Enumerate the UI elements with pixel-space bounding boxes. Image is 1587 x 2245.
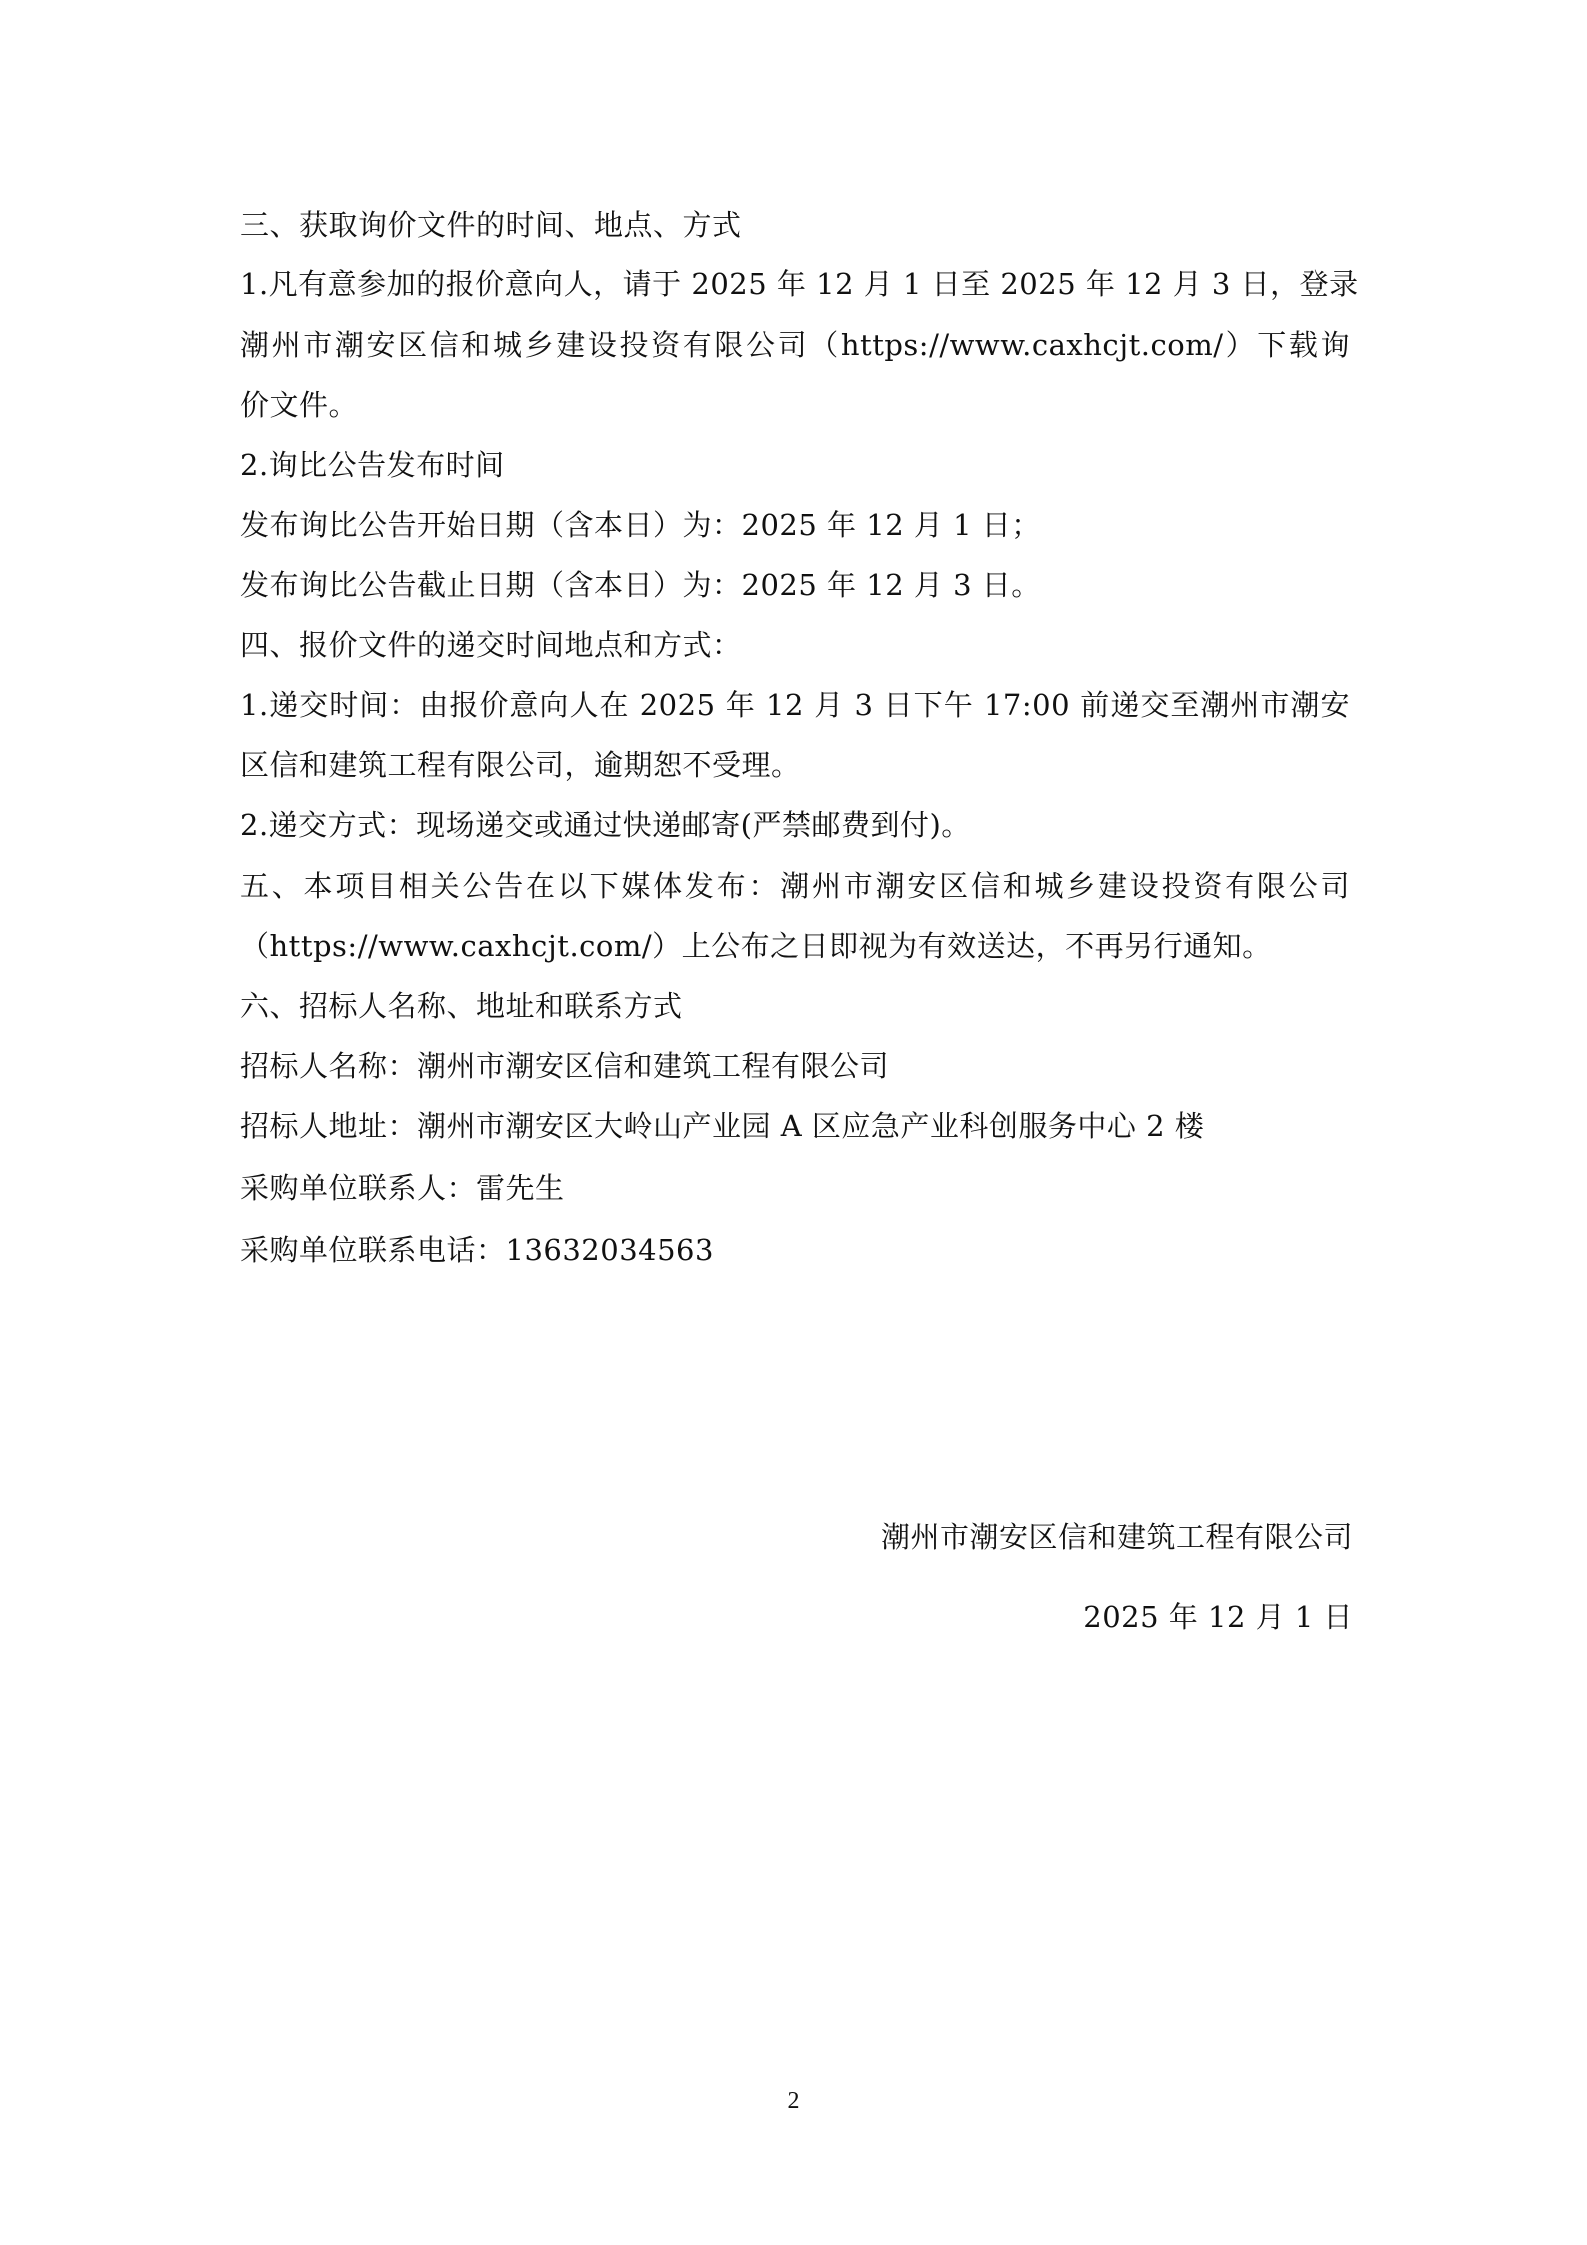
section-6-heading: 六、招标人名称、地址和联系方式 (240, 986, 683, 1026)
tenderer-address: 招标人地址：潮州市潮安区大岭山产业园 A 区应急产业科创服务中心 2 楼 (240, 1106, 1204, 1146)
page-number: 2 (0, 2088, 1587, 2115)
document-page: 三、获取询价文件的时间、地点、方式 1.凡有意参加的报价意向人，请于 2025 … (0, 0, 1587, 2245)
contact-phone: 采购单位联系电话：13632034563 (240, 1230, 714, 1270)
subheading-publish-time: 2.询比公告发布时间 (240, 445, 505, 485)
paragraph-line: 1.凡有意参加的报价意向人，请于 2025 年 12 月 1 日至 2025 年… (240, 264, 1350, 304)
paragraph-line: 价文件。 (240, 385, 358, 425)
publish-start-date: 发布询比公告开始日期（含本日）为：2025 年 12 月 1 日； (240, 505, 1041, 545)
submission-method: 2.递交方式：现场递交或通过快递邮寄(严禁邮费到付)。 (240, 805, 971, 845)
paragraph-line: 1.递交时间：由报价意向人在 2025 年 12 月 3 日下午 17:00 前… (240, 685, 1350, 725)
contact-person: 采购单位联系人：雷先生 (240, 1168, 565, 1208)
signature-date: 2025 年 12 月 1 日 (1083, 1597, 1353, 1637)
tenderer-name: 招标人名称：潮州市潮安区信和建筑工程有限公司 (240, 1046, 889, 1086)
section-5-heading: 五、本项目相关公告在以下媒体发布：潮州市潮安区信和城乡建设投资有限公司 (240, 866, 1350, 906)
paragraph-line: （https://www.caxhcjt.com/）上公布之日即视为有效送达，不… (240, 926, 1272, 966)
section-4-heading: 四、报价文件的递交时间地点和方式： (240, 625, 742, 665)
section-3-heading: 三、获取询价文件的时间、地点、方式 (240, 205, 742, 245)
signature-company: 潮州市潮安区信和建筑工程有限公司 (881, 1517, 1353, 1557)
paragraph-line: 区信和建筑工程有限公司，逾期恕不受理。 (240, 745, 801, 785)
publish-end-date: 发布询比公告截止日期（含本日）为：2025 年 12 月 3 日。 (240, 565, 1041, 605)
paragraph-line: 潮州市潮安区信和城乡建设投资有限公司（https://www.caxhcjt.c… (240, 325, 1350, 365)
